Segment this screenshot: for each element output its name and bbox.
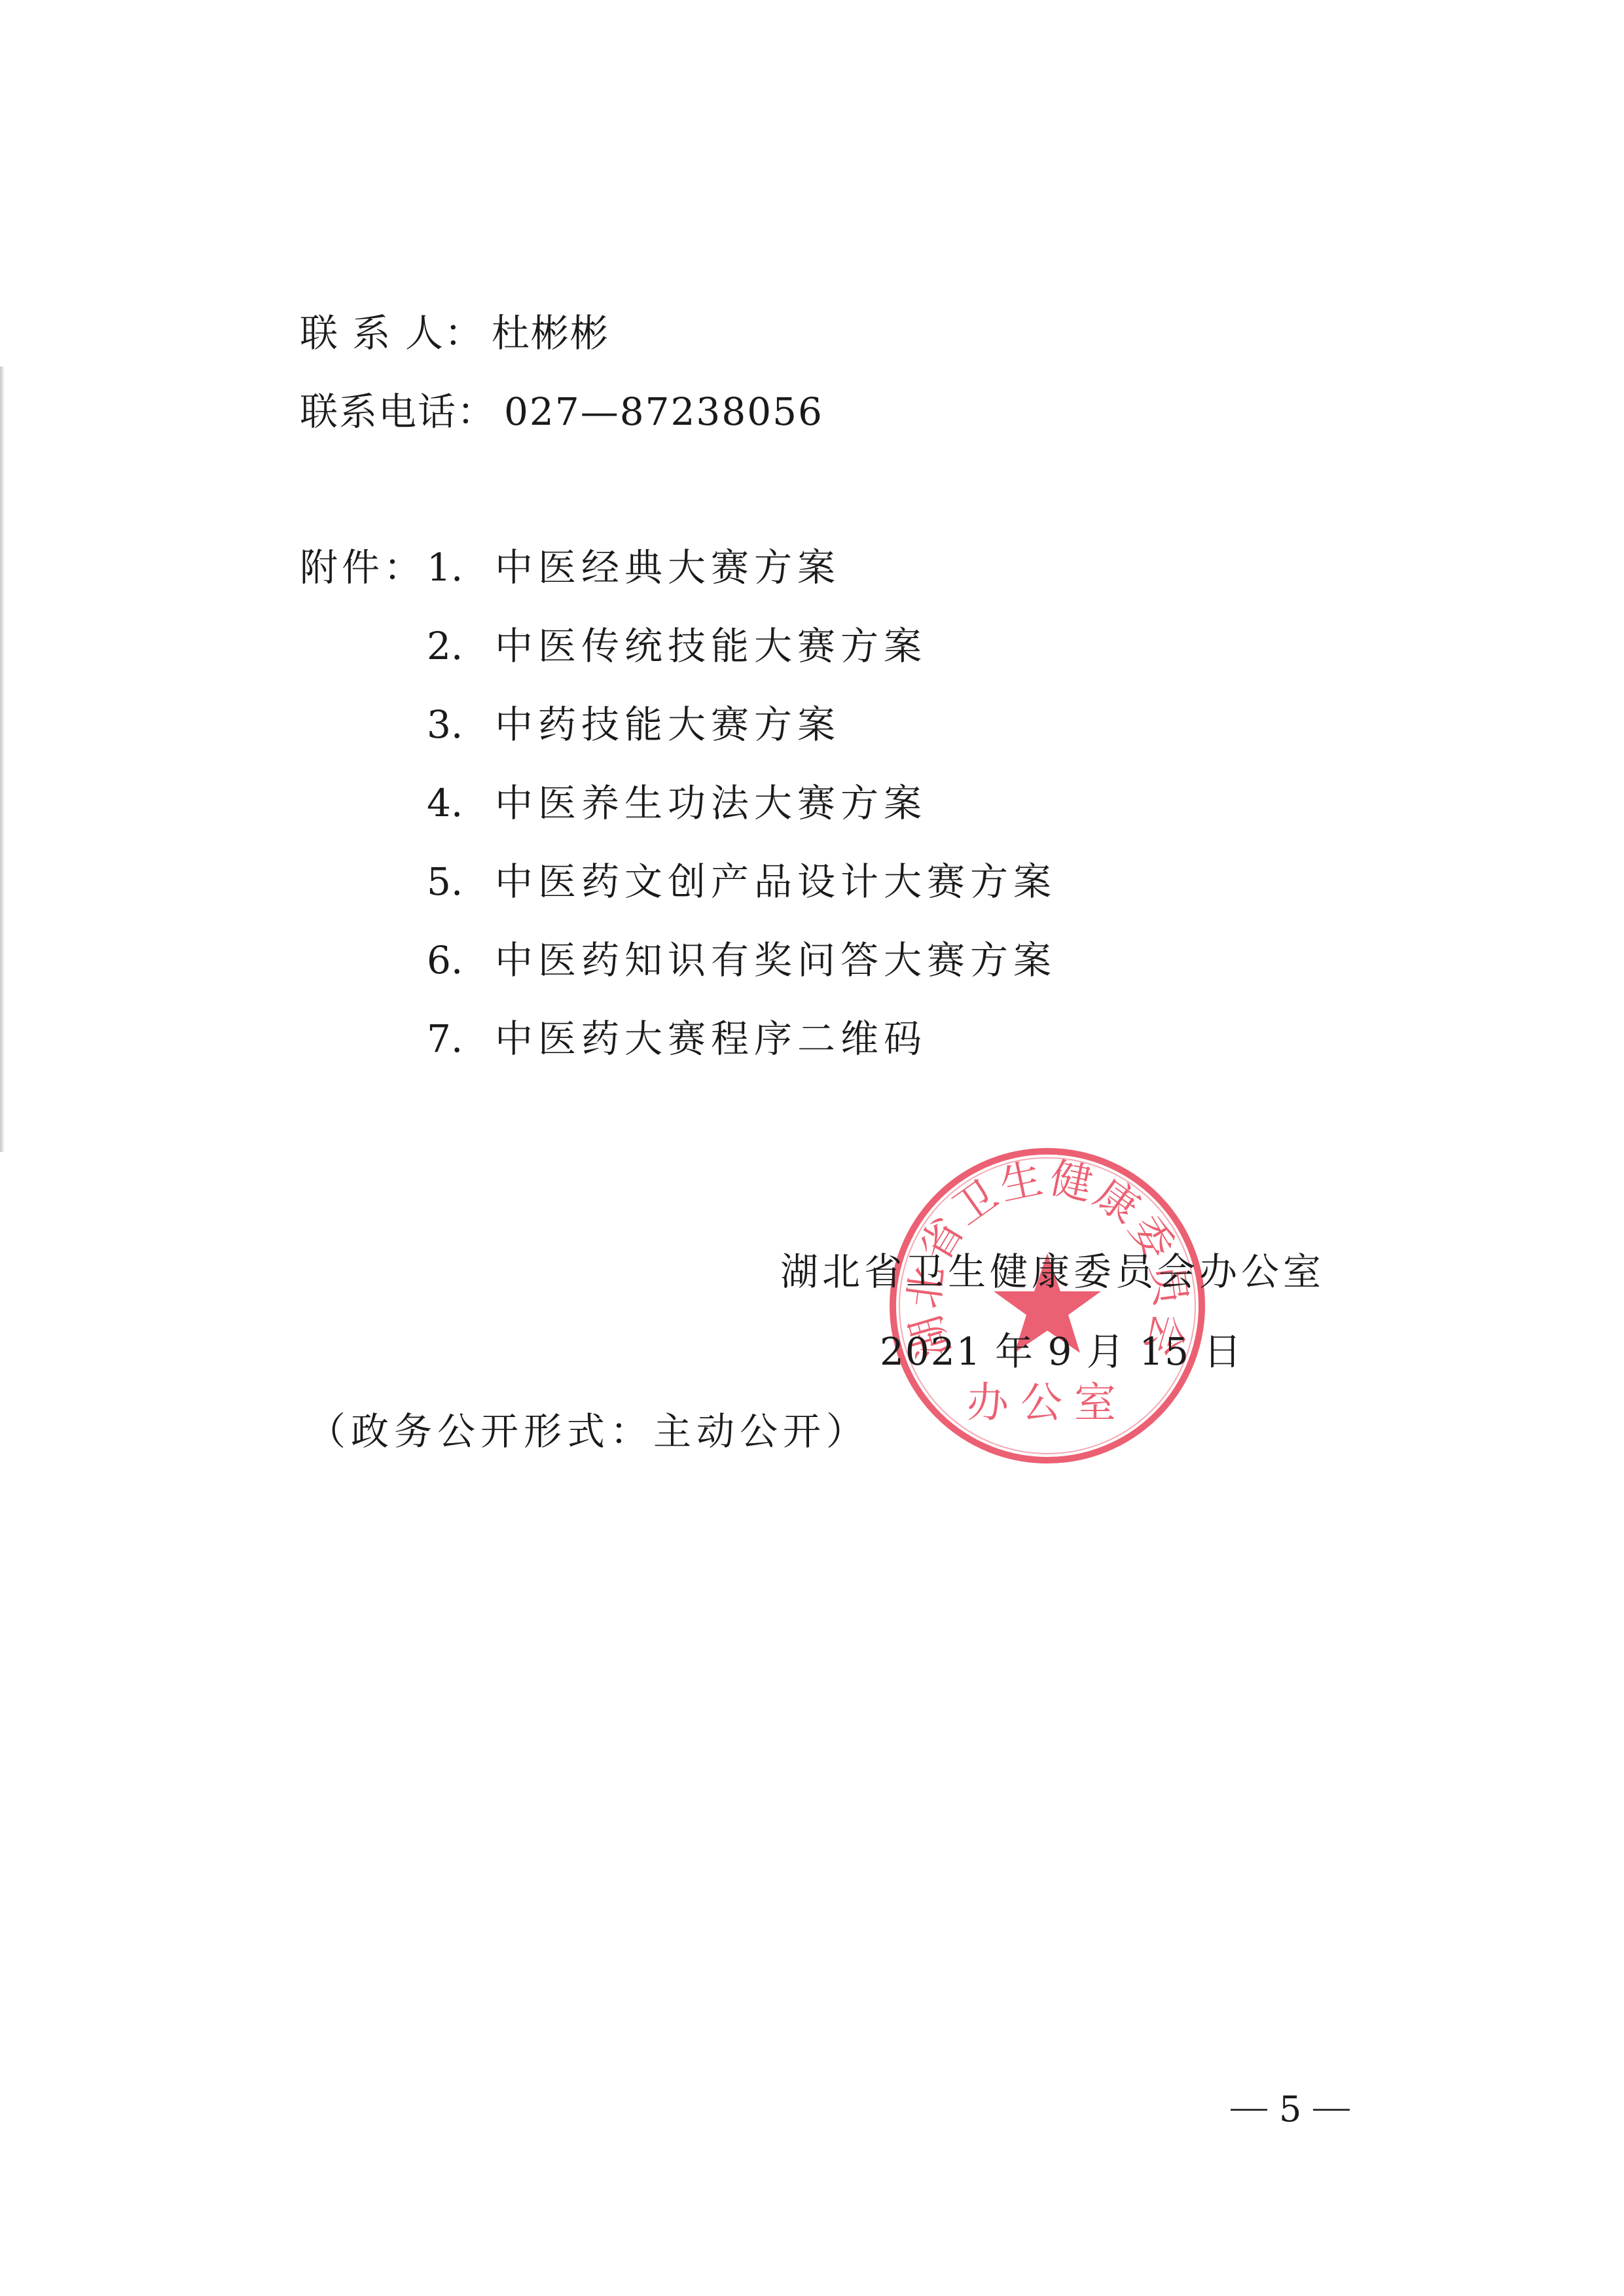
- attachment-item: 7. 中医药大赛程序二维码: [427, 1020, 1056, 1098]
- contact-phone-value: 027—87238056: [504, 393, 823, 431]
- attachment-title: 中药技能大赛方案: [495, 706, 840, 744]
- attachment-title: 中医药知识有奖问答大赛方案: [495, 941, 1056, 979]
- attachment-number: 6.: [427, 941, 495, 979]
- attachment-number: 1.: [427, 548, 495, 586]
- attachment-item: 1. 中医经典大赛方案: [427, 548, 1056, 627]
- issue-date: 2021 年 9 月 15 日: [880, 1333, 1243, 1371]
- seal-bottom-text: 办公室: [967, 1379, 1128, 1427]
- attachment-title: 中医药大赛程序二维码: [495, 1020, 927, 1058]
- contact-phone-label: 联系电话：: [300, 393, 496, 431]
- attachment-number: 4.: [427, 784, 495, 822]
- contact-person-label: 联 系 人：: [300, 314, 484, 352]
- attachment-number: 5.: [427, 863, 495, 901]
- attachment-title: 中医经典大赛方案: [495, 548, 840, 586]
- attachment-number: 7.: [427, 1020, 495, 1058]
- attachment-number: 3.: [427, 706, 495, 744]
- scan-edge-artifact: [0, 367, 4, 1152]
- official-seal-icon: 湖北省卫生健康委员会 办公室: [884, 1142, 1211, 1469]
- contact-person-line: 联 系 人：杜彬彬: [300, 314, 609, 352]
- dash-icon: [1313, 2109, 1350, 2111]
- attachment-title: 中医传统技能大赛方案: [495, 627, 927, 665]
- attachment-number: 2.: [427, 627, 495, 665]
- attachment-item: 4. 中医养生功法大赛方案: [427, 784, 1056, 863]
- attachment-item: 5. 中医药文创产品设计大赛方案: [427, 863, 1056, 941]
- attachments-list: 1. 中医经典大赛方案 2. 中医传统技能大赛方案 3. 中药技能大赛方案 4.…: [427, 548, 1056, 1098]
- attachment-item: 6. 中医药知识有奖问答大赛方案: [427, 941, 1056, 1020]
- issuing-organization: 湖北省卫生健康委员会办公室: [780, 1253, 1325, 1291]
- attachment-item: 2. 中医传统技能大赛方案: [427, 627, 1056, 706]
- contact-person-value: 杜彬彬: [492, 314, 609, 352]
- dash-icon: [1231, 2109, 1267, 2111]
- contact-phone-line: 联系电话：027—87238056: [300, 393, 823, 431]
- attachments-label: 附件：: [300, 548, 425, 586]
- page-number: 5: [1231, 2092, 1350, 2127]
- attachment-title: 中医药文创产品设计大赛方案: [495, 863, 1056, 901]
- attachment-item: 3. 中药技能大赛方案: [427, 706, 1056, 784]
- page-number-value: 5: [1279, 2092, 1301, 2127]
- disclosure-note: （政务公开形式：主动公开）: [308, 1412, 869, 1450]
- attachment-title: 中医养生功法大赛方案: [495, 784, 927, 822]
